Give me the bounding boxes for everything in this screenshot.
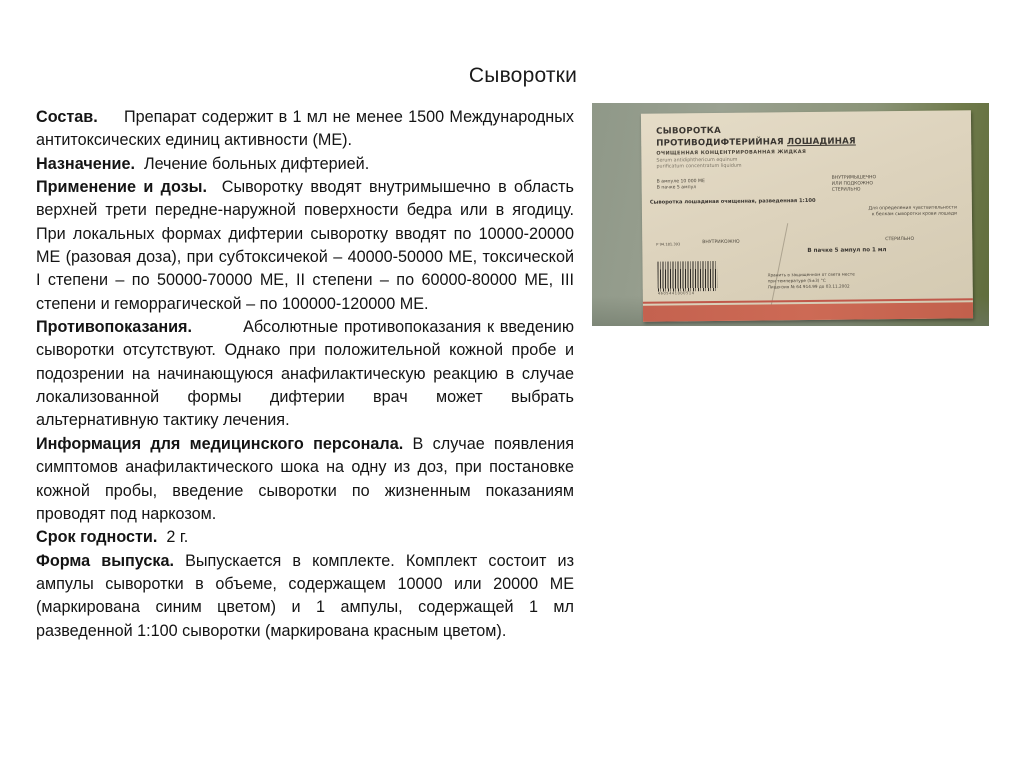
section-heading: Назначение. bbox=[36, 155, 135, 173]
box-title-part: ПРОТИВОДИФТЕРИЙНАЯ bbox=[656, 137, 787, 148]
box-reg-number: Р 94.181.393 bbox=[656, 241, 680, 247]
section-text: Препарат содержит в 1 мл не менее 1500 М… bbox=[36, 108, 574, 149]
box-latin-name: Serum antidiphthericum equinum purificat… bbox=[656, 158, 741, 171]
license-line: Лицензия № 64 914.99 до 03.11.2002 bbox=[768, 284, 855, 291]
section-heading: Противопоказания. bbox=[36, 318, 192, 336]
box-sterile: СТЕРИЛЬНО bbox=[885, 237, 914, 243]
section-heading: Состав. bbox=[36, 108, 98, 126]
section-heading: Информация для медицинского персонала. bbox=[36, 435, 403, 453]
serum-package-photo: СЫВОРОТКА ПРОТИВОДИФТЕРИЙНАЯ ЛОШАДИНАЯ О… bbox=[592, 103, 989, 326]
purpose-line: к белкам сыворотки крови лошади bbox=[782, 211, 957, 219]
box-title-line-1: СЫВОРОТКА bbox=[656, 126, 721, 137]
section-shelf-life: Срок годности. 2 г. bbox=[36, 526, 574, 549]
latin-line: purificatum concentratum liquidum bbox=[656, 164, 741, 171]
box-dose-info: В ампуле 10 000 МЕ В пачке 5 ампул bbox=[657, 179, 705, 192]
package-box: СЫВОРОТКА ПРОТИВОДИФТЕРИЙНАЯ ЛОШАДИНАЯ О… bbox=[641, 110, 973, 321]
section-text: Лечение больных дифтерией. bbox=[144, 155, 369, 173]
box-title-line-2: ПРОТИВОДИФТЕРИЙНАЯ ЛОШАДИНАЯ bbox=[656, 136, 856, 148]
box-pack-count: В пачке 5 ампул по 1 мл bbox=[807, 247, 886, 254]
route-line: СТЕРИЛЬНО bbox=[832, 187, 877, 193]
section-release-form: Форма выпуска. Выпускается в комплекте. … bbox=[36, 550, 574, 643]
dose-line: В пачке 5 ампул bbox=[657, 185, 705, 192]
section-usage-dosage: Применение и дозы. Сыворотку вводят внут… bbox=[36, 176, 574, 316]
section-text: 2 г. bbox=[166, 528, 188, 546]
section-purpose: Назначение. Лечение больных дифтерией. bbox=[36, 153, 574, 176]
section-heading: Срок годности. bbox=[36, 528, 157, 546]
box-subtitle: ОЧИЩЕННАЯ КОНЦЕНТРИРОВАННАЯ ЖИДКАЯ bbox=[656, 149, 806, 157]
box-storage: Хранить в защищенном от света месте при … bbox=[768, 272, 855, 291]
section-text: Сыворотку вводят внутримышечно в область… bbox=[36, 178, 574, 313]
box-route-info: ВНУТРИМЫШЕЧНО ИЛИ ПОДКОЖНО СТЕРИЛЬНО bbox=[832, 175, 877, 193]
slide-title: Сыворотки bbox=[0, 64, 577, 88]
section-contraindications: Противопоказания. Абсолютные противопока… bbox=[36, 316, 574, 433]
section-composition: Состав. Препарат содержит в 1 мл не мене… bbox=[36, 106, 574, 153]
box-diluted-label: Сыворотка лошадиная очищенная, разведенн… bbox=[650, 198, 816, 206]
box-title-underlined: ЛОШАДИНАЯ bbox=[787, 136, 856, 147]
section-staff-info: Информация для медицинского персонала. В… bbox=[36, 433, 574, 526]
section-heading: Форма выпуска. bbox=[36, 552, 174, 570]
barcode-number: 4605441000514 bbox=[658, 291, 695, 295]
barcode bbox=[657, 261, 717, 292]
box-purpose: Для определения чувствительности к белка… bbox=[782, 205, 957, 219]
section-heading: Применение и дозы. bbox=[36, 178, 207, 196]
box-intradermal: ВНУТРИКОЖНО bbox=[702, 240, 739, 246]
slide-body: Состав. Препарат содержит в 1 мл не мене… bbox=[36, 106, 574, 643]
